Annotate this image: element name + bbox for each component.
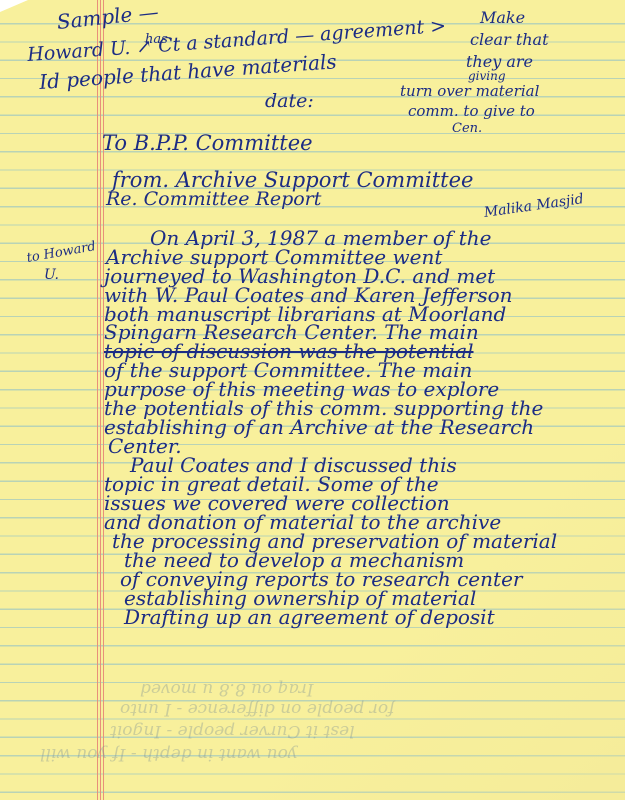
side-note-line-3: they are xyxy=(466,54,533,70)
side-note-line-5: turn over material xyxy=(400,84,539,99)
bleed-through-line-4: you want in depth - If you will xyxy=(40,745,297,762)
side-note-line-4: giving xyxy=(468,70,506,82)
bleed-through-line-1: Iraq ou 8.8 u moved xyxy=(140,680,314,697)
memo-to: To B.P.P. Committee xyxy=(102,133,313,154)
side-note-line-2: clear that xyxy=(470,32,549,48)
margin-line-left xyxy=(97,0,98,800)
margin-note-line-2: U. xyxy=(44,268,59,282)
side-note-line-7: Cen. xyxy=(452,122,482,135)
margin-line-middle xyxy=(100,0,101,800)
bleed-through-line-3: lest it Curver people - Ingoit xyxy=(110,722,355,739)
side-note-line-6: comm. to give to xyxy=(408,104,535,119)
side-note-line-1: Make xyxy=(480,10,525,26)
bleed-through-line-2: for people on difference - I unto xyxy=(120,700,394,717)
body-line-21: Drafting up an agreement of deposit xyxy=(124,607,495,627)
note-date: date: xyxy=(265,92,314,111)
memo-re: Re. Committee Report xyxy=(106,190,321,209)
